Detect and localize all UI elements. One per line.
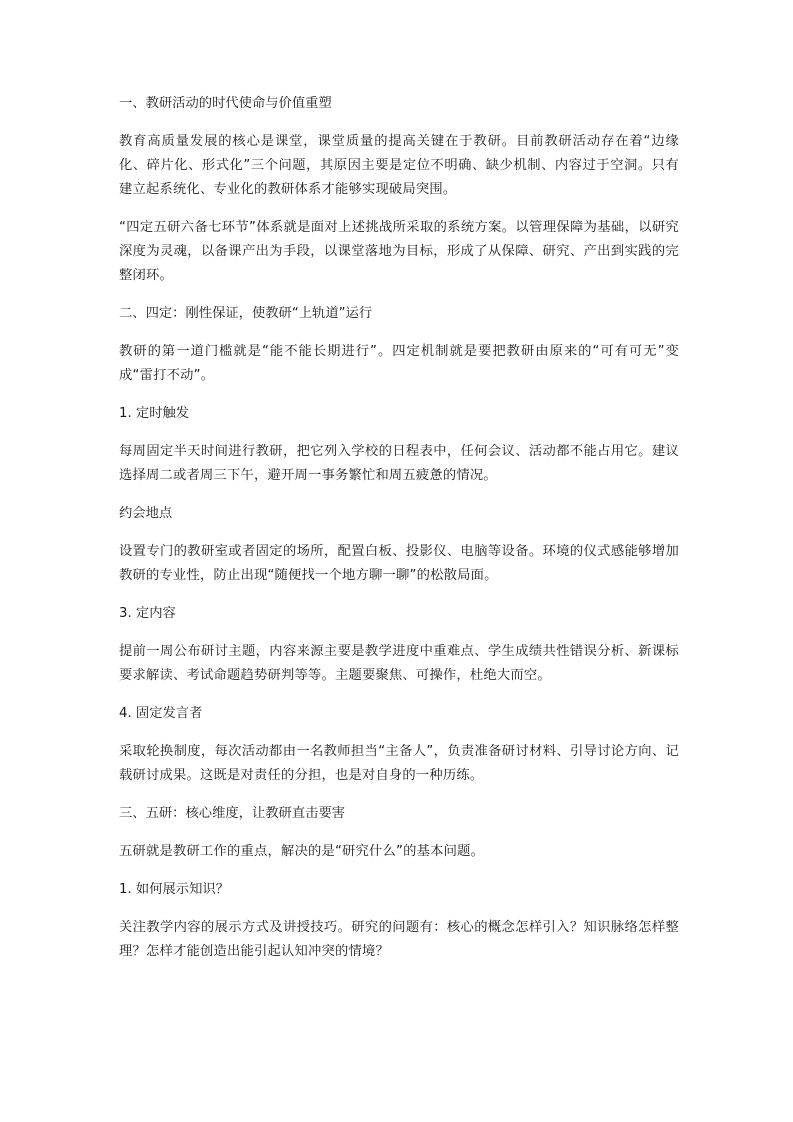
paragraph: 采取轮换制度，每次活动都由一名教师担当“主备人”，负责准备研讨材料、引导讨论方向… [119,740,679,788]
subheading: 1. 定时触发 [119,402,679,426]
section-heading-2: 二、四定：刚性保证，使教研“上轨道”运行 [119,302,679,326]
section-heading-3: 三、五研：核心维度，让教研直击要害 [119,802,679,826]
paragraph: 每周固定半天时间进行教研，把它列入学校的日程表中，任何会议、活动都不能占用它。建… [119,440,679,488]
paragraph: 教育高质量发展的核心是课堂，课堂质量的提高关键在于教研。目前教研活动存在着“边缘… [119,130,679,202]
subheading: 3. 定内容 [119,602,679,626]
paragraph: 关注教学内容的展示方式及讲授技巧。研究的问题有：核心的概念怎样引入？知识脉络怎样… [119,916,679,964]
subheading: 1. 如何展示知识？ [119,878,679,902]
paragraph: 教研的第一道门槛就是“能不能长期进行”。四定机制就是要把教研由原来的“可有可无”… [119,340,679,388]
subheading: 约会地点 [119,502,679,526]
paragraph: 提前一周公布研讨主题，内容来源主要是教学进度中重难点、学生成绩共性错误分析、新课… [119,640,679,688]
paragraph: “四定五研六备七环节”体系就是面对上述挑战所采取的系统方案。以管理保障为基础，以… [119,216,679,288]
subheading: 4. 固定发言者 [119,702,679,726]
paragraph: 五研就是教研工作的重点，解决的是“研究什么”的基本问题。 [119,840,679,864]
paragraph: 设置专门的教研室或者固定的场所，配置白板、投影仪、电脑等设备。环境的仪式感能够增… [119,540,679,588]
document-page: 一、教研活动的时代使命与价值重塑 教育高质量发展的核心是课堂，课堂质量的提高关键… [119,92,679,978]
section-heading-1: 一、教研活动的时代使命与价值重塑 [119,92,679,116]
